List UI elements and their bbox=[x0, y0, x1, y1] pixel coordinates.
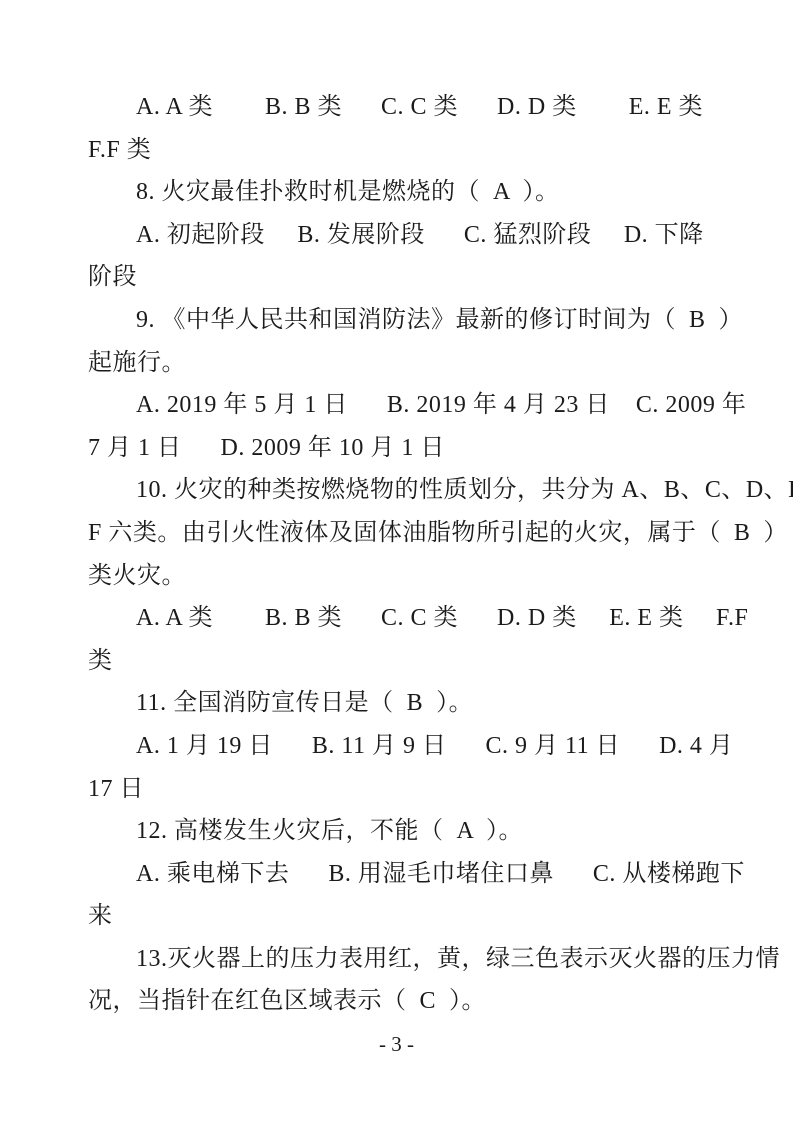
text-line-question-12: 12. 高楼发生火灾后，不能（ A ）。 bbox=[88, 810, 706, 853]
text-line-options-q10: A. A 类 B. B 类 C. C 类 D. D 类 E. E 类 F.F bbox=[88, 597, 706, 640]
text-line-options-q9: A. 2019 年 5 月 1 日 B. 2019 年 4 月 23 日 C. … bbox=[88, 384, 706, 427]
text-line-question-13: 13.灭火器上的压力表用红，黄，绿三色表示灭火器的压力情 bbox=[88, 938, 706, 981]
text-line-question-9-wrap: 起施行。 bbox=[88, 342, 706, 385]
text-line-question-10: 10. 火灾的种类按燃烧物的性质划分，共分为 A、B、C、D、E、 bbox=[88, 469, 706, 512]
text-line-options-q11: A. 1 月 19 日 B. 11 月 9 日 C. 9 月 11 日 D. 4… bbox=[88, 725, 706, 768]
text-line-options-q12-wrap: 来 bbox=[88, 895, 706, 938]
text-line-options-q9-wrap: 7 月 1 日 D. 2009 年 10 月 1 日 bbox=[88, 427, 706, 470]
text-line-question-9: 9. 《中华人民共和国消防法》最新的修订时间为（ B ） bbox=[88, 299, 706, 342]
text-line-options-q11-wrap: 17 日 bbox=[88, 768, 706, 811]
page-number: - 3 - bbox=[379, 1032, 414, 1056]
page-footer: - 3 - bbox=[0, 1031, 793, 1057]
text-line-question-13-wrap: 况，当指针在红色区域表示（ C ）。 bbox=[88, 980, 706, 1023]
text-line-question-8: 8. 火灾最佳扑救时机是燃烧的（ A ）。 bbox=[88, 171, 706, 214]
text-line-options-q7: A. A 类 B. B 类 C. C 类 D. D 类 E. E 类 bbox=[88, 86, 706, 129]
text-line-question-10-wrap1: F 六类。由引火性液体及固体油脂物所引起的火灾，属于（ B ） bbox=[88, 512, 706, 555]
text-line-question-11: 11. 全国消防宣传日是（ B ）。 bbox=[88, 682, 706, 725]
text-line-options-q10-wrap: 类 bbox=[88, 640, 706, 683]
document-page: A. A 类 B. B 类 C. C 类 D. D 类 E. E 类 F.F 类… bbox=[0, 0, 793, 1122]
document-body: A. A 类 B. B 类 C. C 类 D. D 类 E. E 类 F.F 类… bbox=[88, 86, 706, 1023]
text-line-options-q7-wrap: F.F 类 bbox=[88, 129, 706, 172]
text-line-question-10-wrap2: 类火灾。 bbox=[88, 555, 706, 598]
text-line-options-q8: A. 初起阶段 B. 发展阶段 C. 猛烈阶段 D. 下降 bbox=[88, 214, 706, 257]
text-line-options-q12: A. 乘电梯下去 B. 用湿毛巾堵住口鼻 C. 从楼梯跑下 bbox=[88, 853, 706, 896]
text-line-options-q8-wrap: 阶段 bbox=[88, 256, 706, 299]
